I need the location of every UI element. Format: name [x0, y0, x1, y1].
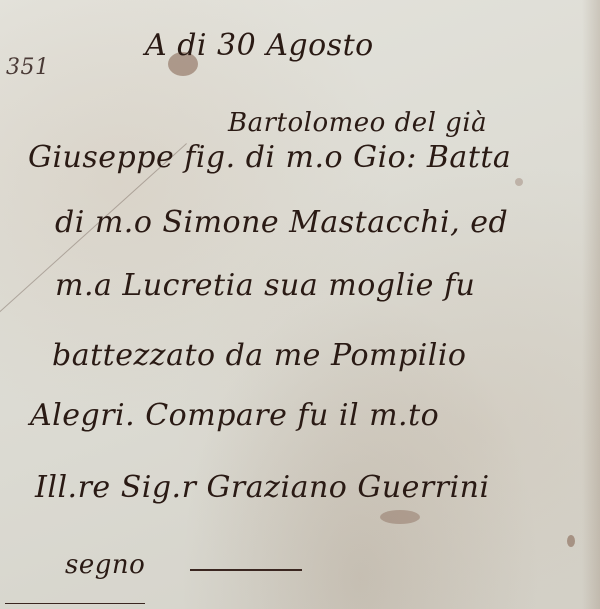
record-line-7: Alegri. Compare fu il m.to [30, 398, 439, 433]
folio-number: 351 [6, 55, 50, 80]
record-line-5: m.a Lucretia sua moglie fu [55, 268, 475, 303]
record-line-8: Ill.re Sig.r Graziano Guerrini [35, 470, 490, 505]
manuscript-page: 351 A di 30 Agosto Bartolomeo del già Gi… [0, 0, 600, 609]
record-line-6: battezzato da me Pompilio [52, 338, 467, 373]
ink-spot [515, 178, 523, 186]
record-line-4: di m.o Simone Mastacchi, ed [55, 205, 508, 240]
page-edge-shadow [582, 0, 600, 609]
bottom-rule [5, 603, 145, 604]
ink-blot [380, 510, 420, 524]
record-line-3: Giuseppe fig. di m.o Gio: Batta [28, 140, 511, 175]
record-line-9: segno [65, 550, 145, 580]
ink-spot [567, 535, 575, 547]
date-line: A di 30 Agosto [145, 28, 374, 63]
record-line-2: Bartolomeo del già [228, 108, 487, 138]
signature-rule [190, 569, 302, 571]
